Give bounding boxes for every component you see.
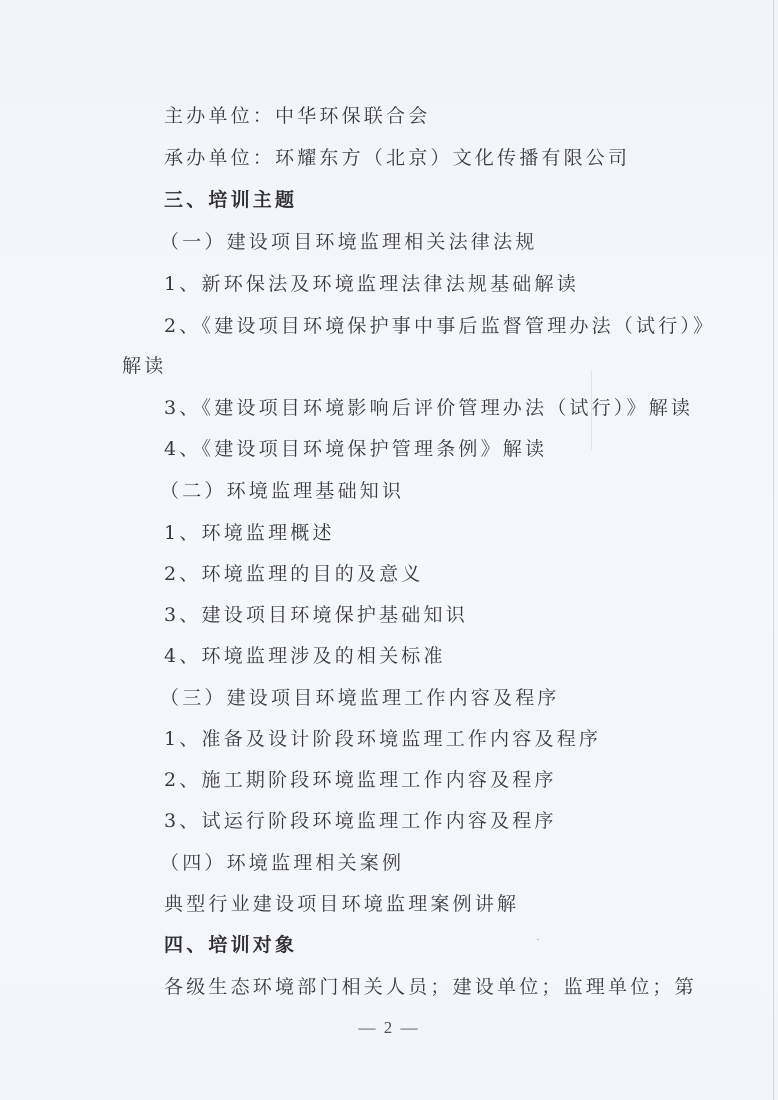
list-item: 1、准备及设计阶段环境监理工作内容及程序 — [164, 727, 601, 751]
list-item: 1、环境监理概述 — [164, 521, 335, 545]
list-item: 3、建设项目环境保护基础知识 — [164, 603, 468, 627]
scan-dot — [537, 939, 539, 940]
subsection-heading-1: （一）建设项目环境监理相关法律法规 — [160, 230, 537, 254]
section-heading-training-audience: 四、培训对象 — [164, 933, 297, 957]
list-item: 3、试运行阶段环境监理工作内容及程序 — [164, 809, 557, 833]
list-item: 3、《建设项目环境影响后评价管理办法（试行）》解读 — [164, 396, 693, 420]
section-heading-training-topics: 三、培训主题 — [164, 188, 297, 212]
list-item: 1、新环保法及环境监理法律法规基础解读 — [164, 272, 579, 296]
paragraph-line: 各级生态环境部门相关人员；建设单位；监理单位；第 — [164, 975, 697, 999]
subsection-heading-2: （二）环境监理基础知识 — [160, 479, 404, 503]
list-item: 2、施工期阶段环境监理工作内容及程序 — [164, 768, 557, 792]
list-item: 2、环境监理的目的及意义 — [164, 562, 424, 586]
list-item-continuation: 解读 — [122, 354, 166, 378]
document-page: 主办单位：中华环保联合会 承办单位：环耀东方（北京）文化传播有限公司 三、培训主… — [0, 0, 778, 1100]
page-number: — 2 — — [0, 1018, 778, 1038]
subsection-heading-4: （四）环境监理相关案例 — [160, 851, 404, 875]
co-organizer-line: 承办单位：环耀东方（北京）文化传播有限公司 — [164, 146, 630, 170]
subsection-heading-3: （三）建设项目环境监理工作内容及程序 — [160, 686, 560, 710]
paragraph-line: 典型行业建设项目环境监理案例讲解 — [164, 892, 519, 916]
page-edge-shadow — [773, 0, 774, 1100]
list-item: 4、《建设项目环境保护管理条例》解读 — [164, 437, 547, 461]
list-item: 2、《建设项目环境保护事中事后监督管理办法（试行）》 — [164, 314, 715, 338]
organizer-line: 主办单位：中华环保联合会 — [164, 104, 430, 128]
list-item: 4、环境监理涉及的相关标准 — [164, 644, 446, 668]
